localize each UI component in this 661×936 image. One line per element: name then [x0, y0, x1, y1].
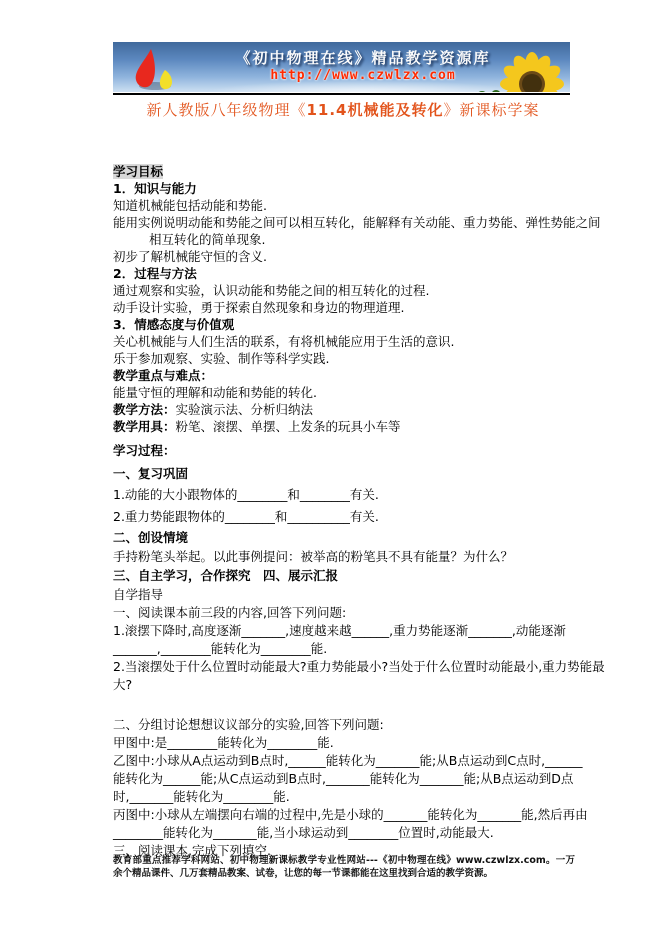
doc-line: 教学重点与难点： [113, 367, 575, 384]
doc-text: 3．情感态度与价值观 [113, 317, 234, 332]
doc-text: 自学指导 [113, 587, 163, 602]
doc-line: 乙图中:小球从A点运动到B点时,______能转化为_______能;从B点运动… [113, 752, 575, 770]
doc-line: 1.动能的大小跟物体的________和________有关. [113, 484, 575, 506]
doc-text: 甲图中:是________能转化为________能. [113, 735, 334, 750]
doc-line: 大? [113, 676, 575, 694]
doc-line: 二、创设情境 [113, 528, 575, 547]
doc-text: 大? [113, 677, 132, 692]
doc-text: _______,________能转化为________能. [113, 641, 327, 656]
doc-text: 手持粉笔头举起。以此事例提问：被举高的粉笔具不具有能量？为什么？ [113, 549, 513, 564]
doc-line: 教学方法：实验演示法、分析归纳法 [113, 401, 575, 418]
doc-line: 学习过程： [113, 441, 575, 461]
doc-line: 乐于参加观察、实验、制作等科学实践. [113, 350, 575, 367]
doc-line: 1．知识与能力 [113, 180, 575, 197]
doc-text: 教学用具： [113, 419, 176, 434]
document-body: 学习目标1．知识与能力知道机械能包括动能和势能.能用实例说明动能和势能之间可以相… [113, 163, 575, 860]
doc-line: 能转化为______能;从C点运动到B点时,_______能转化为_______… [113, 770, 575, 788]
doc-line: 丙图中:小球从左端摆向右端的过程中,先是小球的_______能转化为______… [113, 806, 575, 824]
banner-divider [113, 93, 570, 95]
doc-text: ________能转化为_______能,当小球运动到________位置时,动… [113, 825, 494, 840]
doc-text: 能量守恒的理解和动能和势能的转化. [113, 385, 317, 400]
page-title-prefix: 新人教版八年级物理《 [146, 101, 306, 119]
doc-line: 二、分组讨论想想议议部分的实验,回答下列问题: [113, 716, 575, 734]
doc-line: 一、复习巩固 [113, 464, 575, 484]
doc-text: 粉笔、滚摆、单摆、上发条的玩具小车等 [176, 419, 401, 434]
footer-promo-text: 教育部重点推荐学科网站、初中物理新课标教学专业性网站---《初中物理在线》www… [113, 854, 575, 880]
doc-text: 实验演示法、分析归纳法 [176, 402, 314, 417]
doc-line: 关心机械能与人们生活的联系，有将机械能应用于生活的意识. [113, 333, 575, 350]
doc-text: 能转化为______能;从C点运动到B点时,_______能转化为_______… [113, 771, 573, 786]
doc-line: 通过观察和实验，认识动能和势能之间的相互转化的过程. [113, 282, 575, 299]
doc-line: 2.重力势能跟物体的________和__________有关. [113, 506, 575, 528]
doc-text: 初步了解机械能守恒的含义. [113, 249, 267, 264]
doc-line: ________能转化为_______能,当小球运动到________位置时,动… [113, 824, 575, 842]
doc-text: 时,_______能转化为________能. [113, 789, 290, 804]
doc-text: 1.动能的大小跟物体的________和________有关. [113, 487, 379, 502]
flame-logo-icon [121, 46, 201, 92]
sunflower-icon [474, 50, 570, 92]
document-page: 《初中物理在线》精品教学资源库 http://www.czwlzx.com [0, 0, 661, 936]
doc-line: _______,________能转化为________能. [113, 640, 575, 658]
doc-line: 相互转化的简单现象. [113, 231, 575, 248]
doc-line: 1.滚摆下降时,高度逐渐_______,速度越来越______,重力势能逐渐__… [113, 622, 575, 640]
doc-text: 学习目标 [113, 164, 163, 179]
doc-line: 初步了解机械能守恒的含义. [113, 248, 575, 265]
banner-site-title: 《初中物理在线》精品教学资源库 [213, 47, 513, 68]
doc-text: 乙图中:小球从A点运动到B点时,______能转化为_______能;从B点运动… [113, 753, 583, 768]
doc-text: 通过观察和实验，认识动能和势能之间的相互转化的过程. [113, 283, 429, 298]
doc-line: 自学指导 [113, 585, 575, 604]
doc-text: 一、复习巩固 [113, 466, 188, 481]
page-title-bold: 11.4机械能及转化 [306, 101, 443, 119]
doc-line: 知道机械能包括动能和势能. [113, 197, 575, 214]
doc-line: 能量守恒的理解和动能和势能的转化. [113, 384, 575, 401]
page-title-suffix: 》新课标学案 [444, 101, 540, 119]
doc-line: 学习目标 [113, 163, 575, 180]
doc-line: 时,_______能转化为________能. [113, 788, 575, 806]
doc-text: 相互转化的简单现象. [149, 232, 265, 247]
doc-text: 三、自主学习，合作探究 四、展示汇报 [113, 568, 338, 583]
doc-text: 动手设计实验，勇于探索自然现象和身边的物理道理. [113, 300, 404, 315]
doc-text: 教学重点与难点： [113, 368, 213, 383]
doc-line: 甲图中:是________能转化为________能. [113, 734, 575, 752]
doc-line: 2．过程与方法 [113, 265, 575, 282]
doc-text: 能用实例说明动能和势能之间可以相互转化，能解释有关动能、重力势能、弹性势能之间 [113, 215, 601, 230]
doc-text: 二、创设情境 [113, 530, 188, 545]
doc-line: 一、阅读课本前三段的内容,回答下列问题: [113, 604, 575, 622]
doc-text: 二、分组讨论想想议议部分的实验,回答下列问题: [113, 717, 384, 732]
doc-text: 1．知识与能力 [113, 181, 197, 196]
doc-line: 手持粉笔头举起。以此事例提问：被举高的粉笔具不具有能量？为什么？ [113, 547, 575, 566]
doc-text: 2.重力势能跟物体的________和__________有关. [113, 509, 379, 524]
doc-line: 动手设计实验，勇于探索自然现象和身边的物理道理. [113, 299, 575, 316]
doc-text: 丙图中:小球从左端摆向右端的过程中,先是小球的_______能转化为______… [113, 807, 588, 822]
doc-line: 三、自主学习，合作探究 四、展示汇报 [113, 566, 575, 585]
doc-text: 乐于参加观察、实验、制作等科学实践. [113, 351, 329, 366]
doc-line: 教学用具：粉笔、滚摆、单摆、上发条的玩具小车等 [113, 418, 575, 435]
doc-text: 一、阅读课本前三段的内容,回答下列问题: [113, 605, 346, 620]
banner-site-url: http://www.czwlzx.com [213, 68, 513, 83]
doc-line: 3．情感态度与价值观 [113, 316, 575, 333]
doc-text: 2．过程与方法 [113, 266, 197, 281]
page-title: 新人教版八年级物理《11.4机械能及转化》新课标学案 [113, 99, 573, 120]
doc-text: 关心机械能与人们生活的联系，有将机械能应用于生活的意识. [113, 334, 454, 349]
doc-line: 2.当滚摆处于什么位置时动能最大?重力势能最小?当处于什么位置时动能最小,重力势… [113, 658, 575, 676]
site-banner: 《初中物理在线》精品教学资源库 http://www.czwlzx.com [113, 42, 570, 92]
doc-text: 2.当滚摆处于什么位置时动能最大?重力势能最小?当处于什么位置时动能最小,重力势… [113, 659, 605, 674]
doc-text: 知道机械能包括动能和势能. [113, 198, 267, 213]
doc-text: 学习过程： [113, 443, 176, 458]
doc-text: 教学方法： [113, 402, 176, 417]
doc-text: 1.滚摆下降时,高度逐渐_______,速度越来越______,重力势能逐渐__… [113, 623, 566, 638]
doc-line: 能用实例说明动能和势能之间可以相互转化，能解释有关动能、重力势能、弹性势能之间 [113, 214, 575, 231]
